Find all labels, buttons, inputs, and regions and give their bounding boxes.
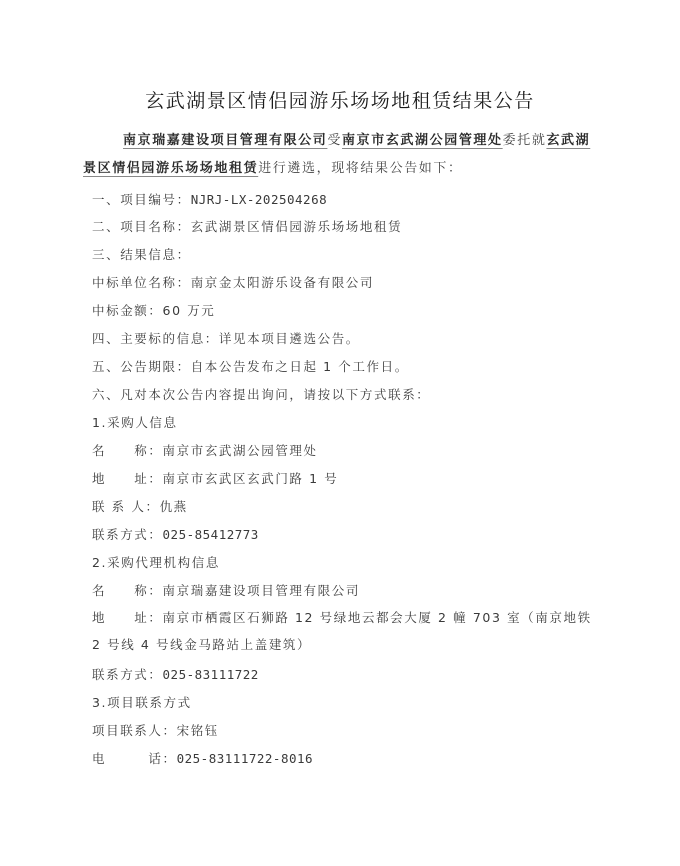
label: 四、主要标的信息： [92,331,219,346]
purchaser-info-heading: 1.采购人信息 [92,413,178,431]
notice-period: 五、公告期限：自本公告发布之日起 1 个工作日。 [92,357,409,375]
purchaser-address: 地 址：南京市玄武区玄武门路 1 号 [92,469,338,487]
value: 南京市玄武湖公园管理处 [163,443,318,458]
value: 仇燕 [160,499,188,514]
project-name-line: 二、项目名称：玄武湖景区情侣园游乐场场地租赁 [92,217,402,235]
label: 地 址： [92,471,163,486]
label: 中标金额： [92,303,163,318]
label: 三、结果信息： [92,247,191,262]
label: 名 称： [92,443,163,458]
label: 2.采购代理机构信息 [92,555,220,570]
page-title: 玄武湖景区情侣园游乐场场地租赁结果公告 [0,86,680,113]
main-subject-info: 四、主要标的信息：详见本项目遴选公告。 [92,329,360,347]
label: 中标单位名称： [92,275,191,290]
winning-amount: 中标金额：60 万元 [92,301,215,319]
label: 地 址： [92,610,163,625]
value: 025-83111722-8016 [177,751,313,766]
label: 项目联系人： [92,723,177,738]
agency-phone: 联系方式：025-83111722 [92,665,259,683]
contact-heading: 六、凡对本次公告内容提出询问，请按以下方式联系： [92,385,430,403]
value: 025-83111722 [163,667,259,682]
agency-name: 南京瑞嘉建设项目管理有限公司 [123,133,327,148]
label: 1.采购人信息 [92,415,178,430]
value: 详见本项目遴选公告。 [219,331,360,346]
value: 自本公告发布之日起 1 个工作日。 [191,359,409,374]
winning-bidder: 中标单位名称：南京金太阳游乐设备有限公司 [92,273,374,291]
value: NJRJ-LX-202504268 [191,192,327,207]
project-contact-heading: 3.项目联系方式 [92,693,192,711]
intro-paragraph: 南京瑞嘉建设项目管理有限公司受南京市玄武湖公园管理处委托就玄武湖景区情侣园游乐场… [83,127,598,183]
label: 联系方式： [92,667,163,682]
purchaser-name: 南京市玄武湖公园管理处 [342,133,503,148]
value: 025-85412773 [163,527,259,542]
label: 二、项目名称： [92,219,191,234]
intro-text: 进行遴选，现将结果公告如下： [258,161,462,176]
intro-text: 委托就 [503,133,547,148]
label: 名 称： [92,583,163,598]
agency-name-line: 名 称：南京瑞嘉建设项目管理有限公司 [92,581,360,599]
value: 60 万元 [163,303,216,318]
intro-text: 受 [327,133,342,148]
label: 3.项目联系方式 [92,695,192,710]
label: 一、项目编号： [92,192,191,207]
agency-info-heading: 2.采购代理机构信息 [92,553,220,571]
purchaser-phone: 联系方式：025-85412773 [92,525,259,543]
value: 南京金太阳游乐设备有限公司 [191,275,374,290]
value: 南京瑞嘉建设项目管理有限公司 [163,583,360,598]
project-contact-phone: 电 话：025-83111722-8016 [92,749,313,767]
agency-address: 地 址：南京市栖霞区石狮路 12 号绿地云都会大厦 2 幢 703 室（南京地铁… [92,604,597,658]
purchaser-name-line: 名 称：南京市玄武湖公园管理处 [92,441,318,459]
label: 联 系 人： [92,499,160,514]
value: 玄武湖景区情侣园游乐场场地租赁 [191,219,403,234]
label: 六、凡对本次公告内容提出询问，请按以下方式联系： [92,387,430,402]
value: 宋铭钰 [177,723,219,738]
label: 五、公告期限： [92,359,191,374]
label: 电 话： [92,751,177,766]
value: 南京市玄武区玄武门路 1 号 [163,471,339,486]
value: 南京市栖霞区石狮路 12 号绿地云都会大厦 2 幢 703 室（南京地铁 2 号… [92,610,592,652]
project-contact-person: 项目联系人：宋铭钰 [92,721,219,739]
result-info-heading: 三、结果信息： [92,245,191,263]
project-number: 一、项目编号：NJRJ-LX-202504268 [92,190,327,208]
purchaser-contact-person: 联 系 人：仇燕 [92,497,188,515]
label: 联系方式： [92,527,163,542]
